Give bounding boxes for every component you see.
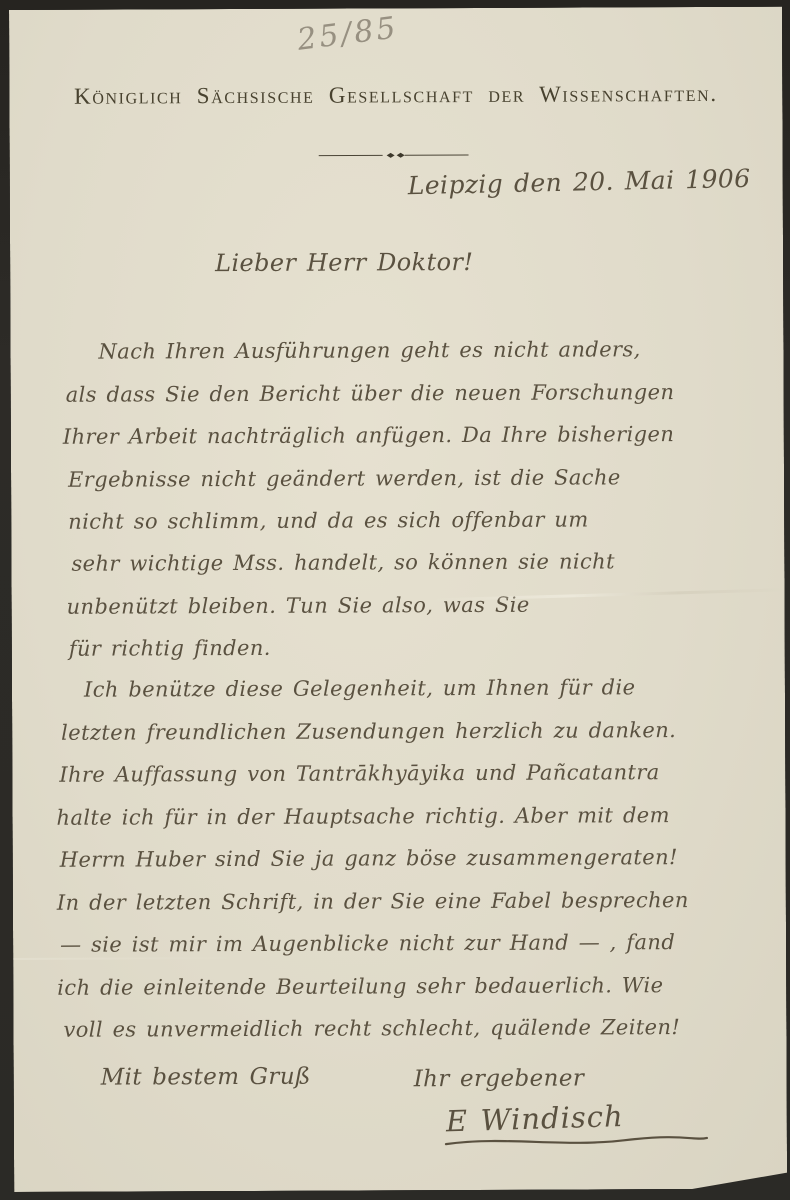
closing-valediction: Ihr ergebener [414,1066,585,1093]
letter-line: als dass Sie den Bericht über die neuen … [66,380,675,407]
letter-line: voll es unvermeidlich recht schlecht, qu… [63,1015,680,1042]
signature-flourish [444,1131,709,1150]
letter-line: letzten freundlichen Zusendungen herzlic… [61,718,676,745]
closing-greeting: Mit bestem Gruß [101,1064,311,1091]
letter-line: In der letzten Schrift, in der Sie eine … [57,888,689,915]
dateline: Leipzig den 20. Mai 1906 [407,164,750,200]
letter-line: Ich benütze diese Gelegenheit, um Ihnen … [84,675,636,701]
letter-line: halte ich für in der Hauptsache richtig.… [56,803,669,830]
letter-line: Herrn Huber sind Sie ja ganz böse zusamm… [60,845,678,872]
letter-line: ich die einleitende Beurteilung sehr bed… [57,973,663,1000]
letter-line: — sie ist mir im Augenblicke nicht zur H… [60,930,675,957]
letter-line: sehr wichtige Mss. handelt, so können si… [71,549,615,575]
archive-page-marker: 25/85 [295,10,400,58]
letter-page: 25/85 Königlich Sächsische Gesellschaft … [9,7,787,1192]
letter-line: nicht so schlimm, und da es sich offenba… [68,507,589,533]
letterhead-title: Königlich Sächsische Gesellschaft der Wi… [9,81,782,110]
letter-line: Nach Ihren Ausführungen geht es nicht an… [98,337,640,363]
letter-line: Ihre Auffassung von Tantrākhyāyika und P… [59,760,659,787]
letter-line: für richtig finden. [69,636,271,661]
letterhead-ornament-rule [318,148,468,163]
letter-line: Ihrer Arbeit nachträglich anfügen. Da Ih… [63,422,675,449]
letter-line: Ergebnisse nicht geändert werden, ist di… [68,465,621,491]
salutation: Lieber Herr Doktor! [215,248,473,277]
paper-fold-crease [13,957,245,960]
